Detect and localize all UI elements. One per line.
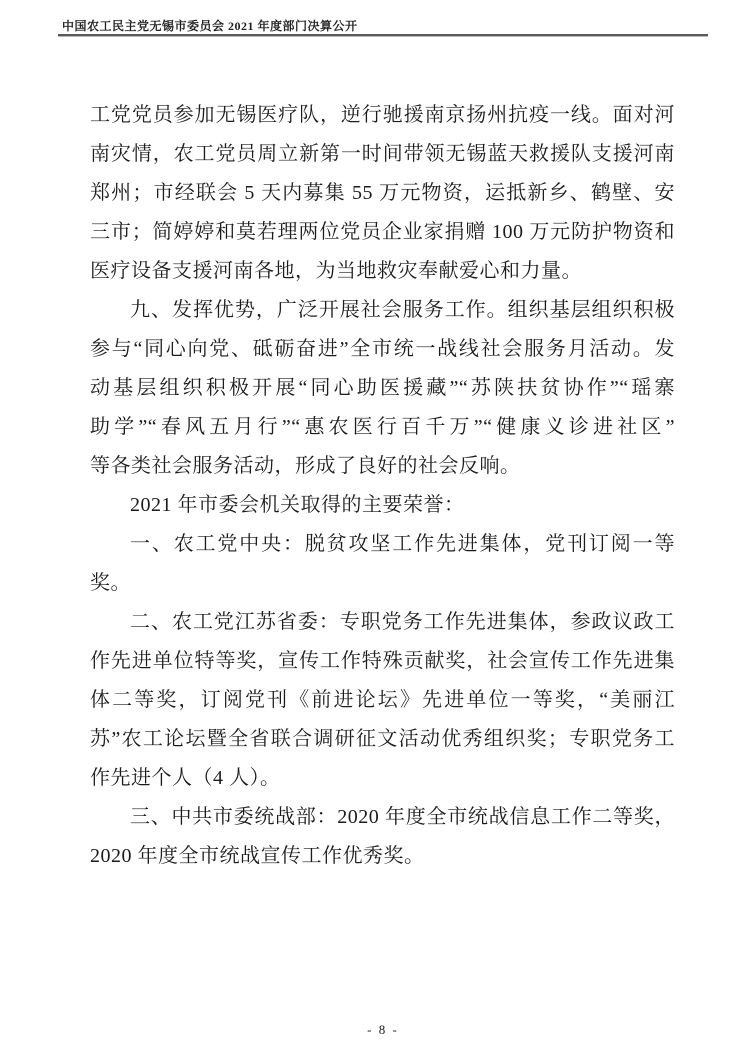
text-line: 参与“同心向党、砥砺奋进”全市统一战线社会服务月活动。发 — [90, 330, 675, 369]
text-line: 工党党员参加无锡医疗队，逆行驰援南京扬州抗疫一线。面对河 — [90, 96, 675, 135]
page-header-title: 中国农工民主党无锡市委员会 2021 年度部门决算公开 — [62, 19, 358, 33]
text-line: 体二等奖，订阅党刊《前进论坛》先进单位一等奖，“美丽江 — [90, 681, 675, 720]
text-line: 一、农工党中央：脱贫攻坚工作先进集体，党刊订阅一等 — [90, 525, 675, 564]
text-line: 二、农工党江苏省委：专职党务工作先进集体，参政议政工 — [90, 603, 675, 642]
text-line: 九、发挥优势，广泛开展社会服务工作。组织基层组织积极 — [90, 291, 675, 330]
text-line: 南灾情，农工党员周立新第一时间带领无锡蓝天救援队支援河南 — [90, 135, 675, 174]
text-line: 三、中共市委统战部：2020 年度全市统战信息工作二等奖， — [90, 798, 675, 837]
text-line: 三市；简婷婷和莫若理两位党员企业家捐赠 100 万元防护物资和 — [90, 213, 675, 252]
text-line: 助学”“春风五月行”“惠农医行百千万”“健康义诊进社区” — [90, 408, 675, 447]
header-rule-divider — [58, 34, 708, 37]
text-line: 苏”农工论坛暨全省联合调研征文活动优秀组织奖；专职党务工 — [90, 720, 675, 759]
text-line: 2021 年市委会机关取得的主要荣誉： — [90, 486, 675, 525]
page-footer: - 8 - — [8, 1022, 750, 1038]
text-line: 作先进单位特等奖，宣传工作特殊贡献奖，社会宣传工作先进集 — [90, 642, 675, 681]
text-line: 作先进个人（4 人）。 — [90, 759, 675, 798]
text-line: 医疗设备支援河南各地，为当地救灾奉献爱心和力量。 — [90, 252, 675, 291]
text-line: 动基层组织积极开展“同心助医援藏”“苏陕扶贫协作”“瑶寨 — [90, 369, 675, 408]
text-line: 等各类社会服务活动，形成了良好的社会反响。 — [90, 447, 675, 486]
document-page: 中国农工民主党无锡市委员会 2021 年度部门决算公开 工党党员参加无锡医疗队，… — [0, 0, 750, 1061]
text-line: 郑州；市经联会 5 天内募集 55 万元物资，运抵新乡、鹤壁、安阳 — [90, 174, 675, 213]
text-line: 2020 年度全市统战宣传工作优秀奖。 — [90, 837, 675, 876]
document-body: 工党党员参加无锡医疗队，逆行驰援南京扬州抗疫一线。面对河 南灾情，农工党员周立新… — [90, 96, 675, 876]
text-line: 奖。 — [90, 564, 675, 603]
page-number: - 8 - — [367, 1022, 399, 1037]
